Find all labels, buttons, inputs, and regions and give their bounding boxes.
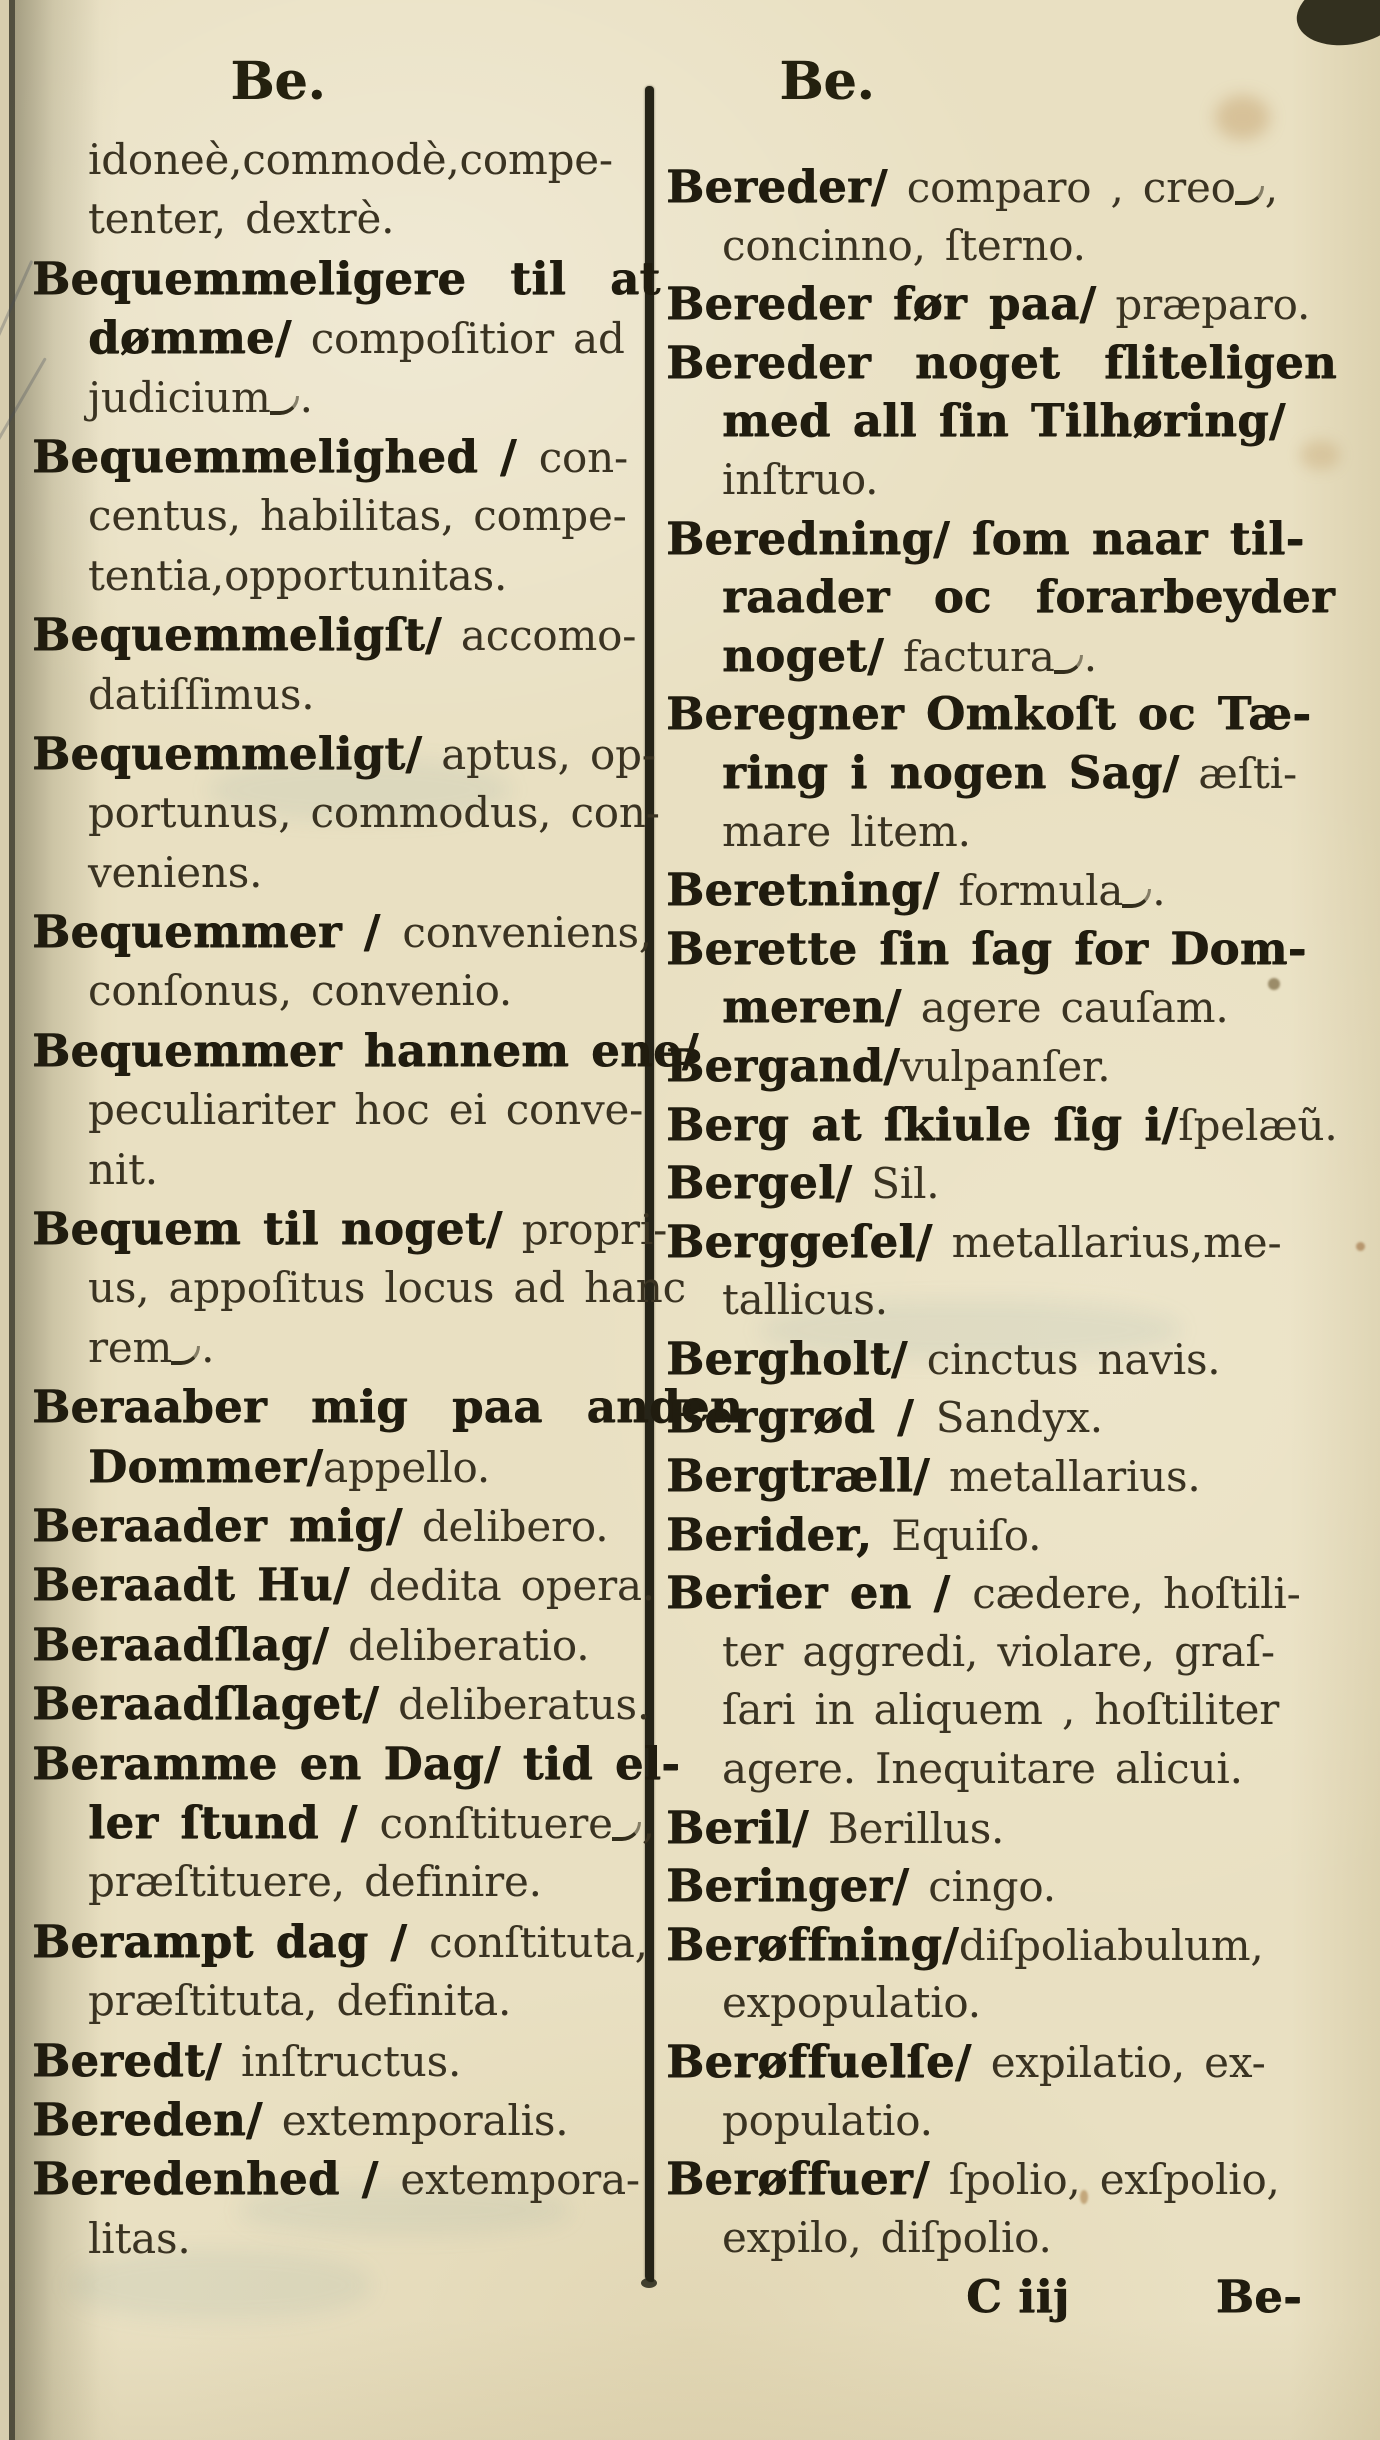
- latin-text: præſtituere, definire.: [88, 1857, 542, 1906]
- latin-text: compoſitior ad: [292, 314, 625, 363]
- latin-text: Berillus.: [809, 1804, 1004, 1853]
- headword-text: Bereder noget fliteligen: [666, 336, 1337, 389]
- entry-line: præſtituta, definita.: [32, 1971, 644, 2030]
- latin-text: us, appoſitus locus ad hanc: [88, 1263, 686, 1312]
- headword-text: Beraadſlag/: [32, 1618, 329, 1671]
- entry-line: conſonus, convenio.: [32, 961, 644, 1020]
- book-page-scan: Be. idoneè,commodè,compe-tenter, dextrè.…: [0, 0, 1380, 2440]
- headword-text: Beril/: [666, 1801, 809, 1854]
- swash-flourish: [612, 1822, 641, 1841]
- entry-line: Bereder før paa/ præparo.: [666, 275, 1358, 334]
- entry-line: centus, habilitas, compe-: [32, 486, 644, 545]
- entry-line: Berøffuelſe/ expilatio, ex-: [666, 2033, 1358, 2092]
- latin-text: datiſſimus.: [88, 670, 314, 719]
- latin-text: .: [1152, 866, 1165, 915]
- headword-text: Bergtræll/: [666, 1449, 930, 1502]
- entry-line: Beraadſlag/ deliberatio.: [32, 1615, 644, 1674]
- entry-line: ſari in aliquem , hoſtiliter: [666, 1681, 1358, 1740]
- latin-text: mare litem.: [722, 807, 971, 856]
- entry-line: Berier en / cædere, hoſtili-: [666, 1564, 1358, 1623]
- gathering-signature: C iij: [966, 2267, 1069, 2327]
- latin-text: veniens.: [88, 848, 262, 897]
- entry-line: inſtruo.: [666, 451, 1358, 510]
- entry-line: Bereden/ extemporalis.: [32, 2090, 644, 2149]
- headword-text: Berggeſel/: [666, 1215, 932, 1268]
- latin-text: ſari in aliquem , hoſtiliter: [722, 1685, 1279, 1734]
- latin-text: tenter, dextrè.: [88, 194, 394, 243]
- page-edge-strip: [0, 0, 9, 2440]
- running-head-left: Be.: [32, 42, 644, 130]
- latin-text: idoneè,commodè,compe-: [88, 135, 613, 184]
- entry-line: judicium.: [32, 368, 644, 427]
- entry-line: Bequem til noget/ propri-: [32, 1199, 644, 1258]
- headword-text: dømme/: [88, 311, 292, 364]
- latin-text: ,: [642, 1799, 655, 1848]
- entry-line: Berette ſin ſag for Dom-: [666, 920, 1358, 979]
- entry-line: agere. Inequitare alicui.: [666, 1740, 1358, 1799]
- entry-line: Beredning/ ſom naar til-: [666, 510, 1358, 569]
- headword-text: Beredenhed /: [32, 2152, 400, 2205]
- latin-text: portunus, commodus, con-: [88, 788, 660, 837]
- latin-text: agere cauſam.: [902, 983, 1229, 1032]
- latin-text: inſtructus.: [222, 2037, 461, 2086]
- latin-text: peculiariter hoc ei conve-: [88, 1085, 643, 1134]
- latin-text: formula: [939, 866, 1123, 915]
- latin-text: centus, habilitas, compe-: [88, 491, 627, 540]
- entry-line: datiſſimus.: [32, 665, 644, 724]
- entry-line: Beregner Omkoſt oc Tæ-: [666, 685, 1358, 744]
- entry-line: Bequemmeligt/ aptus, op-: [32, 724, 644, 783]
- headword-text: Bequemmeligere til at: [32, 252, 661, 305]
- entry-line: Berampt dag / conſtituta,: [32, 1912, 644, 1971]
- entry-line: raader oc forarbeyder: [666, 568, 1358, 627]
- swash-flourish: [1122, 889, 1151, 908]
- headword-text: Bequemmeligſt/: [32, 608, 442, 661]
- entry-line: Berøffning/diſpoliabulum,: [666, 1916, 1358, 1975]
- entry-line: expilo, diſpolio.: [666, 2209, 1358, 2268]
- latin-text: expilo, diſpolio.: [722, 2213, 1052, 2262]
- latin-text: delibero.: [403, 1502, 609, 1551]
- headword-text: Bergholt/: [666, 1332, 908, 1385]
- right-column: Be. Bereder/ comparo , creo,concinno, ſt…: [666, 42, 1358, 2327]
- latin-text: extempora-: [400, 2155, 640, 2204]
- headword-text: Beraaber mig paa anden: [32, 1380, 743, 1433]
- latin-text: conveniens,: [402, 908, 652, 957]
- latin-text: deliberatus.: [379, 1680, 650, 1729]
- latin-text: judicium: [88, 373, 271, 422]
- entry-line: Beretning/ formula.: [666, 861, 1358, 920]
- latin-text: populatio.: [722, 2096, 933, 2145]
- entry-line: ler ſtund / conſtituere,: [32, 1793, 644, 1852]
- entry-line: expopulatio.: [666, 1974, 1358, 2033]
- latin-text: concinno, ſterno.: [722, 221, 1086, 270]
- headword-text: Bequemmelighed /: [32, 430, 539, 483]
- entry-line: Berggeſel/ metallarius,me-: [666, 1213, 1358, 1272]
- left-column-lines: idoneè,commodè,compe-tenter, dextrè.Bequ…: [32, 130, 644, 2268]
- entry-line: ring i nogen Sag/ æſti-: [666, 744, 1358, 803]
- latin-text: expilatio, ex-: [972, 2038, 1266, 2087]
- headword-text: Berette ſin ſag for Dom-: [666, 922, 1307, 975]
- entry-line: nit.: [32, 1140, 644, 1199]
- latin-text: ſpelæũ.: [1178, 1101, 1337, 1150]
- entry-line: præſtituere, definire.: [32, 1852, 644, 1911]
- latin-text: conſtituta,: [429, 1918, 648, 1967]
- entry-line: us, appoſitus locus ad hanc: [32, 1258, 644, 1317]
- entry-line: noget/ factura.: [666, 627, 1358, 686]
- entry-line: ter aggredi, violare, graſ-: [666, 1623, 1358, 1682]
- headword-text: Berøffning/: [666, 1918, 959, 1971]
- entry-line: Beraadſlaget/ deliberatus.: [32, 1674, 644, 1733]
- entry-line: Beramme en Dag/ tid el-: [32, 1734, 644, 1793]
- headword-text: Bergel/: [666, 1156, 852, 1209]
- latin-text: præſtituta, definita.: [88, 1976, 511, 2025]
- catchword: Be-: [1216, 2267, 1302, 2327]
- headword-text: Beredt/: [32, 2034, 222, 2087]
- latin-text: inſtruo.: [722, 455, 878, 504]
- headword-text: Bereden/: [32, 2093, 263, 2146]
- entry-line: mare litem.: [666, 803, 1358, 862]
- latin-text: ,: [1265, 163, 1278, 212]
- entry-line: Bequemmer hannem ene/: [32, 1021, 644, 1080]
- latin-text: expopulatio.: [722, 1978, 981, 2027]
- entry-line: Berider, Equiſo.: [666, 1506, 1358, 1565]
- entry-line: populatio.: [666, 2092, 1358, 2151]
- entry-line: idoneè,commodè,compe-: [32, 130, 644, 189]
- headword-text: ring i nogen Sag/: [722, 746, 1179, 799]
- latin-text: appello.: [323, 1443, 490, 1492]
- latin-text: .: [201, 1323, 214, 1372]
- headword-text: Berampt dag /: [32, 1915, 429, 1968]
- latin-text: nit.: [88, 1145, 158, 1194]
- entry-line: tenter, dextrè.: [32, 189, 644, 248]
- latin-text: cingo.: [909, 1862, 1056, 1911]
- headword-text: Beregner Omkoſt oc Tæ-: [666, 687, 1311, 740]
- entry-line: Beringer/ cingo.: [666, 1857, 1358, 1916]
- headword-text: Beraadt Hu/: [32, 1558, 350, 1611]
- entry-line: Bequemmer / conveniens,: [32, 902, 644, 961]
- latin-text: metallarius.: [930, 1452, 1201, 1501]
- entry-line: dømme/ compoſitior ad: [32, 308, 644, 367]
- entry-line: tentia,opportunitas.: [32, 546, 644, 605]
- latin-text: dedita opera.: [350, 1561, 655, 1610]
- latin-text: vulpanſer.: [900, 1042, 1110, 1091]
- entry-line: litas.: [32, 2209, 644, 2268]
- swash-flourish: [1054, 655, 1083, 674]
- latin-text: litas.: [88, 2214, 191, 2263]
- entry-line: Bequemmeligere til at: [32, 249, 644, 308]
- headword-text: Bequemmer hannem ene/: [32, 1024, 699, 1077]
- headword-text: Bequem til noget/: [32, 1202, 503, 1255]
- latin-text: Sandyx.: [936, 1393, 1103, 1442]
- latin-text: propri-: [503, 1205, 668, 1254]
- entry-line: concinno, ſterno.: [666, 217, 1358, 276]
- entry-line: Beraader mig/ delibero.: [32, 1496, 644, 1555]
- headword-text: Bequemmer /: [32, 905, 402, 958]
- running-head-right: Be.: [666, 42, 1358, 130]
- entry-line: meren/ agere cauſam.: [666, 978, 1358, 1037]
- entry-line: Bereder noget fliteligen: [666, 334, 1358, 393]
- headword-text: Bereder før paa/: [666, 277, 1096, 330]
- entry-line: Beril/ Berillus.: [666, 1799, 1358, 1858]
- entry-line: Bereder/ comparo , creo,: [666, 158, 1358, 217]
- entry-line: peculiariter hoc ei conve-: [32, 1080, 644, 1139]
- headword-text: Berøffuelſe/: [666, 2035, 972, 2088]
- headword-text: Bergrød /: [666, 1390, 936, 1443]
- headword-text: Berider,: [666, 1508, 872, 1561]
- headword-text: Bereder/: [666, 160, 888, 213]
- headword-text: Beramme en Dag/ tid el-: [32, 1737, 680, 1790]
- headword-text: Bequemmeligt/: [32, 727, 422, 780]
- latin-text: metallarius,me-: [932, 1218, 1281, 1267]
- entry-line: Beredenhed / extempora-: [32, 2149, 644, 2208]
- headword-text: raader oc forarbeyder: [722, 570, 1335, 623]
- swash-flourish: [171, 1346, 200, 1365]
- latin-text: .: [1084, 632, 1097, 681]
- entry-line: Beredt/ inſtructus.: [32, 2031, 644, 2090]
- latin-text: ter aggredi, violare, graſ-: [722, 1627, 1275, 1676]
- swash-flourish: [1235, 186, 1264, 205]
- right-column-lines: Bereder/ comparo , creo,concinno, ſterno…: [666, 158, 1358, 2267]
- latin-text: deliberatio.: [329, 1621, 589, 1670]
- headword-text: Beraadſlaget/: [32, 1677, 379, 1730]
- headword-text: Berier en /: [666, 1566, 972, 1619]
- latin-text: Sil.: [852, 1159, 939, 1208]
- headword-text: Beraader mig/: [32, 1499, 403, 1552]
- headword-text: Berg at ſkiule ſig i/: [666, 1098, 1178, 1151]
- headword-text: noget/: [722, 629, 884, 682]
- entry-line: Bergholt/ cinctus navis.: [666, 1330, 1358, 1389]
- entry-line: Bergand/vulpanſer.: [666, 1037, 1358, 1096]
- latin-text: rem: [88, 1323, 172, 1372]
- headword-text: med all ſin Tilhøring/: [722, 394, 1286, 447]
- entry-line: tallicus.: [666, 1271, 1358, 1330]
- entry-line: Berøffuer/ ſpolio, exſpolio,: [666, 2150, 1358, 2209]
- latin-text: cædere, hoſtili-: [972, 1569, 1300, 1618]
- latin-text: accomo-: [442, 611, 636, 660]
- entry-line: rem.: [32, 1318, 644, 1377]
- latin-text: conſtituere: [380, 1799, 613, 1848]
- latin-text: .: [300, 373, 313, 422]
- headword-text: Dommer/: [88, 1440, 323, 1493]
- entry-line: Bequemmelighed / con-: [32, 427, 644, 486]
- headword-text: ler ſtund /: [88, 1796, 380, 1849]
- entry-line: Beraadt Hu/ dedita opera.: [32, 1555, 644, 1614]
- entry-line: Bergtræll/ metallarius.: [666, 1447, 1358, 1506]
- entry-line: portunus, commodus, con-: [32, 783, 644, 842]
- latin-text: comparo , creo: [888, 163, 1236, 212]
- latin-text: præparo.: [1096, 280, 1310, 329]
- headword-text: meren/: [722, 980, 902, 1033]
- signature-row: C iij Be-: [666, 2267, 1358, 2327]
- headword-text: Beredning/ ſom naar til-: [666, 512, 1304, 565]
- latin-text: factura: [884, 632, 1055, 681]
- left-column: Be. idoneè,commodè,compe-tenter, dextrè.…: [32, 42, 644, 2268]
- entry-line: Bequemmeligſt/ accomo-: [32, 605, 644, 664]
- latin-text: æſti-: [1179, 749, 1297, 798]
- entry-line: Dommer/appello.: [32, 1437, 644, 1496]
- latin-text: extemporalis.: [263, 2096, 569, 2145]
- entry-line: med all ſin Tilhøring/: [666, 392, 1358, 451]
- entry-line: Bergrød / Sandyx.: [666, 1388, 1358, 1447]
- latin-text: aptus, op-: [422, 730, 656, 779]
- latin-text: tallicus.: [722, 1275, 888, 1324]
- latin-text: ſpolio, exſpolio,: [930, 2155, 1280, 2204]
- latin-text: tentia,opportunitas.: [88, 551, 507, 600]
- latin-text: con-: [539, 433, 628, 482]
- headword-text: Beringer/: [666, 1859, 909, 1912]
- latin-text: conſonus, convenio.: [88, 966, 512, 1015]
- latin-text: cinctus navis.: [908, 1335, 1221, 1384]
- swash-flourish: [270, 396, 299, 415]
- latin-text: Equiſo.: [872, 1511, 1041, 1560]
- headword-text: Berøffuer/: [666, 2152, 930, 2205]
- entry-line: veniens.: [32, 843, 644, 902]
- entry-line: Beraaber mig paa anden: [32, 1377, 644, 1436]
- latin-text: agere. Inequitare alicui.: [722, 1744, 1243, 1793]
- entry-line: Bergel/ Sil.: [666, 1154, 1358, 1213]
- latin-text: diſpoliabulum,: [959, 1921, 1264, 1970]
- headword-text: Bergand/: [666, 1039, 900, 1092]
- entry-line: Berg at ſkiule ſig i/ſpelæũ.: [666, 1096, 1358, 1155]
- headword-text: Beretning/: [666, 863, 939, 916]
